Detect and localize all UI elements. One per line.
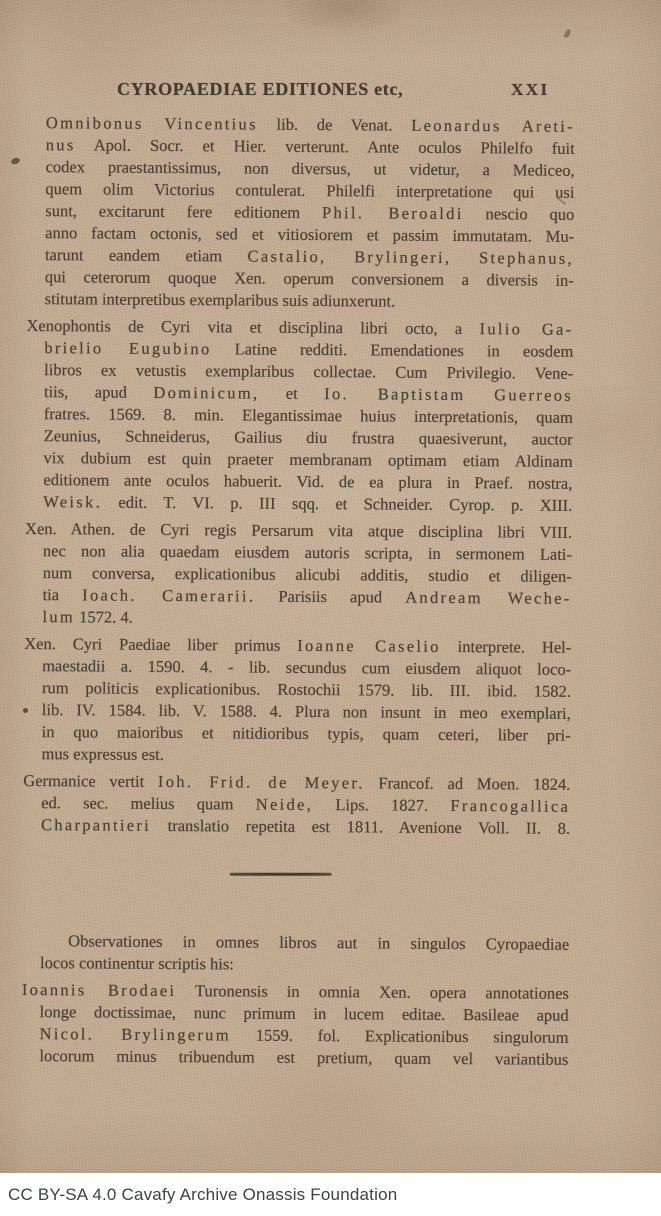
- text-run: Xen. Cyri Paediae liber primus: [24, 634, 297, 655]
- attribution-bar: CC BY-SA 4.0 Cavafy Archive Onassis Foun…: [0, 1173, 661, 1216]
- paragraph: Xen. Cyri Paediae liber primus Ioanne Ca…: [23, 633, 571, 769]
- paragraph: Ioannis Brodaei Turonensis in omnia Xen.…: [21, 979, 569, 1071]
- text-run: qui ceterorum quoque Xen. operum convers…: [45, 267, 574, 290]
- letterspaced-name: brielio Eugubino: [44, 338, 211, 358]
- text-run: translatio repetita est 1811. Avenione V…: [151, 816, 570, 838]
- letterspaced-name: Phil. Beroaldi: [322, 203, 464, 223]
- letterspaced-name: Castalio, Brylingeri, Stephanus,: [247, 247, 574, 268]
- letterspaced-name: Dominicum,: [153, 383, 259, 403]
- text-run: maestadii a. 1590. 4. - lib. secundus cu…: [42, 656, 571, 679]
- section-divider: [230, 873, 332, 876]
- letterspaced-name: Ioannis Brodaei: [22, 980, 177, 1000]
- text-run: longe doctissimae, nunc primum in lucem …: [40, 1002, 569, 1025]
- text-line: mus expressus est.: [23, 743, 570, 769]
- text-run: nescio quo: [464, 204, 575, 224]
- text-run: vix dubium est quin praeter membranam op…: [44, 448, 573, 471]
- text-run: editionem ante oculos habuerit. Vid. de …: [43, 470, 572, 493]
- text-run: mus expressus est.: [41, 744, 164, 764]
- text-run: in quo maioribus et nitidioribus typis, …: [42, 722, 571, 745]
- paragraph: Xen. Athen. de Cyri regis Persarum vita …: [24, 518, 572, 632]
- letterspaced-name: Iulio Ga-: [480, 319, 574, 339]
- text-run: tiis, apud: [44, 382, 153, 402]
- text-run: Francof. ad Moen. 1824.: [365, 773, 571, 793]
- text-run: Xen. Athen. de Cyri regis Persarum vita …: [25, 519, 572, 542]
- paragraph: Observationes in omnes libros aut in sin…: [22, 930, 569, 978]
- text-run: lib. de Venat.: [258, 115, 412, 135]
- text-run: codex praestantissimus, non diversus, ut…: [46, 157, 575, 180]
- text-run: edit. T. VI. p. III sqq. et Schneider. C…: [102, 493, 572, 515]
- letterspaced-name: Ioanne Caselio: [297, 636, 441, 656]
- text-run: 1559. fol. Explicationibus singulorum: [231, 1025, 569, 1046]
- text-line: stitutam interpretibus exemplaribus suis…: [27, 288, 574, 314]
- letterspaced-name: nus: [46, 135, 76, 154]
- text-run: quem olim Victorius contulerat. Philelfi…: [45, 179, 574, 202]
- letterspaced-name: Leonardus Areti-: [411, 116, 575, 136]
- text-run: 1572. 4.: [75, 607, 133, 626]
- text-run: sunt, excitarunt fere editionem: [45, 201, 322, 222]
- letterspaced-name: Charpantieri: [41, 815, 151, 835]
- running-title: CYROPAEDIAE EDITIONES etc,: [117, 79, 403, 99]
- text-run: Latine redditi. Emendationes in eosdem: [211, 339, 573, 361]
- letterspaced-name: Io. Baptistam Guerreos: [324, 384, 573, 405]
- text-run: locorum minus tribuendum est pretium, qu…: [39, 1046, 568, 1069]
- text-run: fratres. 1569. 8. min. Elegantissimae hu…: [44, 404, 573, 427]
- letterspaced-name: Omnibonus Vincentius: [46, 113, 258, 133]
- text-run: nec non alia quaedam eiusdem autoris scr…: [43, 541, 572, 564]
- text-run: ed. sec. melius quam: [41, 793, 256, 813]
- letterspaced-name: Francogallica: [450, 796, 570, 816]
- letterspaced-name: Neide,: [256, 795, 313, 814]
- text-run: num conversa, explicationibus alicubi ad…: [43, 563, 572, 586]
- page-number: XXI: [511, 80, 550, 100]
- letterspaced-name: Andream Weche-: [405, 588, 572, 608]
- text-line: Weisk. edit. T. VI. p. III sqq. et Schne…: [25, 491, 572, 517]
- page-text: Omnibonus Vincentius lib. de Venat. Leon…: [21, 112, 575, 1076]
- text-run: lib. IV. 1584. lib. V. 1588. 4. Plura no…: [42, 700, 571, 723]
- text-run: Turonensis in omnia Xen. opera annotatio…: [176, 981, 569, 1003]
- letterspaced-name: Weisk.: [43, 492, 102, 511]
- text-run: et: [259, 384, 324, 403]
- text-run: tarunt eandem etiam: [45, 245, 248, 265]
- letterspaced-name: Nicol. Brylingerum: [40, 1024, 231, 1044]
- text-line: lum 1572. 4.: [24, 606, 571, 632]
- text-run: Observationes in omnes libros aut in sin…: [68, 931, 569, 953]
- text-run: libros ex vetustis exemplaribus collecta…: [44, 360, 573, 383]
- text-line: locorum minus tribuendum est pretium, qu…: [21, 1045, 568, 1071]
- text-run: tia: [43, 585, 83, 604]
- text-run: Parisiis apud: [255, 587, 405, 607]
- paragraph: Xenophontis de Cyri vita et disciplina l…: [25, 315, 573, 517]
- letterspaced-name: lum: [42, 607, 75, 626]
- text-run: interprete. Hel-: [441, 637, 572, 657]
- text-run: locos continentur scriptis his:: [40, 953, 234, 973]
- text-run: Germanice vertit: [23, 771, 158, 791]
- text-line: locos continentur scriptis his:: [22, 952, 569, 978]
- text-run: rum politicis explicationibus. Rostochii…: [42, 678, 571, 701]
- paragraph: Germanice vertit Ioh. Frid. de Meyer. Fr…: [23, 770, 570, 840]
- text-run: Xenophontis de Cyri vita et disciplina l…: [26, 316, 479, 338]
- paragraph: Omnibonus Vincentius lib. de Venat. Leon…: [27, 112, 575, 314]
- text-run: anno factam octonis, sed et vitiosiorem …: [45, 223, 574, 246]
- letterspaced-name: Ioach. Camerarii.: [82, 585, 255, 605]
- license-text: CC BY-SA 4.0 Cavafy Archive Onassis Foun…: [0, 1185, 397, 1205]
- text-run: Apol. Socr. et Hier. verterunt. Ante ocu…: [76, 135, 575, 157]
- text-run: Lips. 1827.: [313, 795, 451, 815]
- ink-speck: [23, 708, 28, 713]
- text-run: stitutam interpretibus exemplaribus suis…: [45, 289, 396, 310]
- text-run: Zeunius, Schneiderus, Gailius diu frustr…: [44, 426, 573, 449]
- letterspaced-name: Ioh. Frid. de Meyer.: [158, 772, 365, 792]
- text-line: Charpantieri translatio repetita est 181…: [23, 814, 570, 840]
